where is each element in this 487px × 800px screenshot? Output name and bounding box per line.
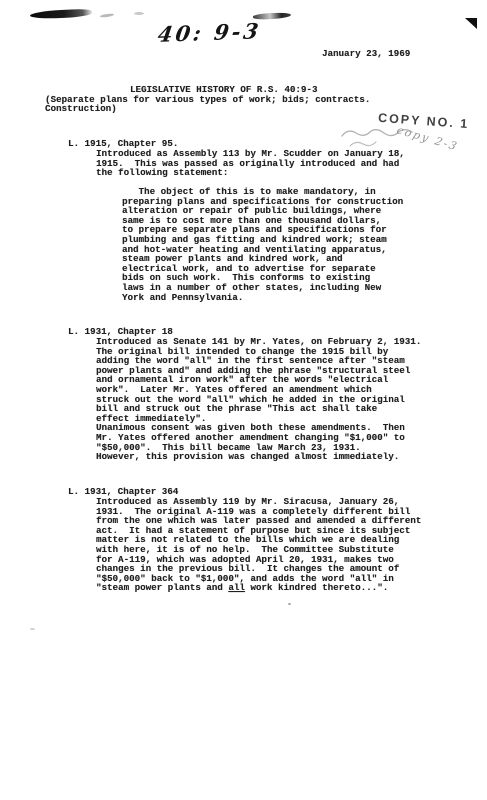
section-body-text-after: work kindred thereto...". [245, 582, 388, 593]
document-date: January 23, 1969 [322, 49, 410, 59]
underlined-word-all: all [228, 582, 245, 593]
handwritten-citation: 40: 9-3 [156, 18, 263, 47]
section-body-1931-ch18: Introduced as Senate 141 by Mr. Yates, o… [96, 337, 421, 462]
section-body-text-before: Introduced as Assembly 119 by Mr. Siracu… [96, 496, 421, 593]
ink-smudge-faint-2 [134, 12, 144, 15]
speck-mark [288, 603, 291, 605]
scanned-document-page: 40: 9-3 January 23, 1969 LEGISLATIVE HIS… [0, 0, 487, 800]
document-subtitle-line2: Construction) [45, 104, 117, 114]
statement-quote-1915: The object of this is to make mandatory,… [122, 187, 403, 302]
speck-mark-2 [30, 628, 35, 630]
ink-smudge-faint-1 [100, 13, 114, 18]
page-corner-mark [465, 18, 477, 29]
ink-smudge-top-left [30, 8, 92, 19]
section-body-1931-ch364: Introduced as Assembly 119 by Mr. Siracu… [96, 497, 421, 593]
section-body-1915-ch95: Introduced as Assembly 113 by Mr. Scudde… [96, 149, 405, 178]
